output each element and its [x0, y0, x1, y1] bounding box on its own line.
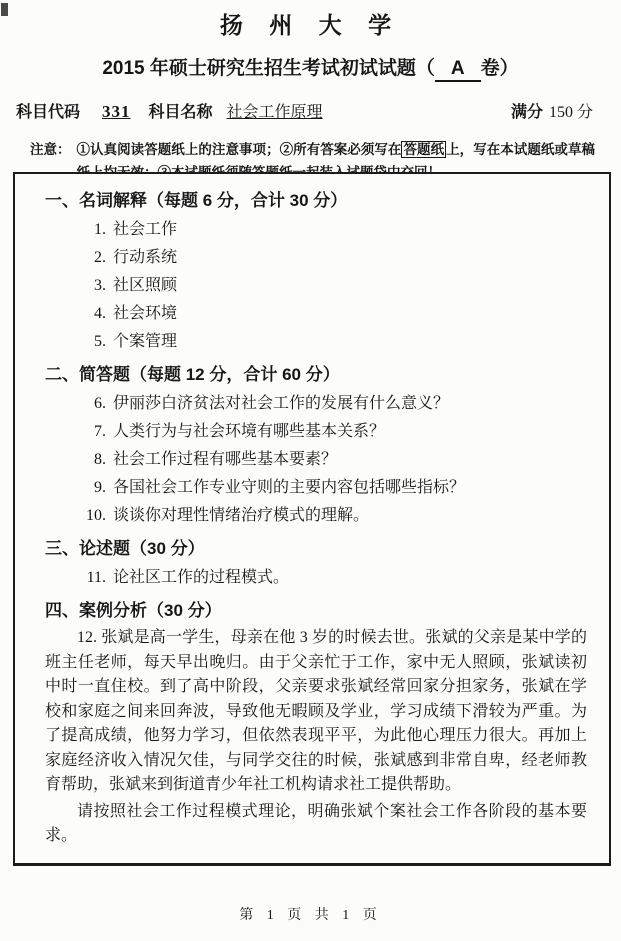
questions-border-box: 一、名词解释（每题 6 分，合计 30 分） 1.社会工作 2.行动系统 3.社… — [13, 172, 611, 866]
question-number: 9. — [79, 474, 106, 502]
section-essay: 三、论述题（30 分） 11.论社区工作的过程模式。 — [45, 537, 589, 592]
section-title: 二、简答题（每题 12 分，合计 60 分） — [45, 363, 589, 387]
question-number: 8. — [79, 446, 106, 474]
university-name: 扬 州 大 学 — [0, 0, 621, 40]
question-number: 2. — [79, 244, 106, 272]
question-item: 5.个案管理 — [79, 328, 589, 356]
question-item: 7.人类行为与社会环境有哪些基本关系？ — [79, 418, 589, 446]
question-item: 1.社会工作 — [79, 216, 589, 244]
question-text: 各国社会工作专业守则的主要内容包括哪些指标？ — [113, 474, 589, 502]
question-text: 社会环境 — [113, 300, 589, 328]
question-text: 社区照顾 — [113, 272, 589, 300]
question-item: 11.论社区工作的过程模式。 — [79, 564, 589, 592]
question-item: 4.社会环境 — [79, 300, 589, 328]
question-number: 11. — [79, 564, 106, 592]
subject-name-label: 科目名称 — [149, 99, 213, 122]
section-case-analysis: 四、案例分析（30 分） 12. 张斌是高一学生，母亲在他 3 岁的时候去世。张… — [45, 599, 589, 849]
question-number: 5. — [79, 328, 106, 356]
exam-title: 2015 年硕士研究生招生考试初试试题（A卷） — [0, 53, 621, 82]
question-number: 6. — [79, 390, 106, 418]
question-item: 10.谈谈你对理性情绪治疗模式的理解。 — [79, 502, 589, 530]
question-text: 人类行为与社会环境有哪些基本关系？ — [113, 418, 589, 446]
question-text: 谈谈你对理性情绪治疗模式的理解。 — [113, 502, 589, 530]
full-score-label: 满分 — [511, 104, 543, 121]
subject-code-value: 331 — [102, 102, 131, 122]
question-list: 6.伊丽莎白济贫法对社会工作的发展有什么意义？ 7.人类行为与社会环境有哪些基本… — [45, 390, 589, 530]
question-text: 个案管理 — [113, 328, 589, 356]
case-description: 12. 张斌是高一学生，母亲在他 3 岁的时候去世。张斌的父亲是某中学的班主任老… — [45, 626, 587, 798]
question-item: 8.社会工作过程有哪些基本要素？ — [79, 446, 589, 474]
question-item: 6.伊丽莎白济贫法对社会工作的发展有什么意义？ — [79, 390, 589, 418]
question-number: 1. — [79, 216, 106, 244]
section-title: 一、名词解释（每题 6 分，合计 30 分） — [45, 189, 589, 213]
subject-info-row: 科目代码 331 科目名称 社会工作原理 满分150 分 — [16, 99, 593, 122]
full-score: 满分150 分 — [511, 99, 593, 122]
scan-artifact — [1, 3, 8, 16]
question-item: 2.行动系统 — [79, 244, 589, 272]
question-number: 7. — [79, 418, 106, 446]
exam-paper-page: 扬 州 大 学 2015 年硕士研究生招生考试初试试题（A卷） 科目代码 331… — [0, 0, 621, 941]
section-title: 四、案例分析（30 分） — [45, 599, 589, 623]
question-text: 社会工作过程有哪些基本要素？ — [113, 446, 589, 474]
exam-title-prefix: 2015 年硕士研究生招生考试初试试题（ — [102, 58, 435, 79]
full-score-value: 150 分 — [549, 104, 593, 121]
question-item: 3.社区照顾 — [79, 272, 589, 300]
question-list: 11.论社区工作的过程模式。 — [45, 564, 589, 592]
subject-code-label: 科目代码 — [16, 99, 80, 122]
section-definitions: 一、名词解释（每题 6 分，合计 30 分） 1.社会工作 2.行动系统 3.社… — [45, 189, 589, 356]
question-text: 论社区工作的过程模式。 — [113, 564, 589, 592]
page-footer: 第 1 页 共 1 页 — [0, 904, 621, 924]
notice-before-box: ①认真阅读答题纸上的注意事项；②所有答案必须写在 — [77, 142, 402, 157]
paper-letter: A — [435, 58, 481, 82]
notice-boxed-word: 答题纸 — [401, 141, 446, 158]
question-text: 社会工作 — [113, 216, 589, 244]
exam-title-suffix: 卷） — [481, 58, 519, 79]
questions-content: 一、名词解释（每题 6 分，合计 30 分） 1.社会工作 2.行动系统 3.社… — [15, 174, 609, 849]
subject-name-value: 社会工作原理 — [227, 99, 323, 122]
section-title: 三、论述题（30 分） — [45, 537, 589, 561]
question-text: 行动系统 — [113, 244, 589, 272]
question-text: 伊丽莎白济贫法对社会工作的发展有什么意义？ — [113, 390, 589, 418]
question-item: 9.各国社会工作专业守则的主要内容包括哪些指标？ — [79, 474, 589, 502]
case-question: 请按照社会工作过程模式理论，明确张斌个案社会工作各阶段的基本要求。 — [45, 800, 587, 849]
question-number: 10. — [79, 502, 106, 530]
question-number: 3. — [79, 272, 106, 300]
question-list: 1.社会工作 2.行动系统 3.社区照顾 4.社会环境 5.个案管理 — [45, 216, 589, 356]
section-short-answer: 二、简答题（每题 12 分，合计 60 分） 6.伊丽莎白济贫法对社会工作的发展… — [45, 363, 589, 530]
question-number: 4. — [79, 300, 106, 328]
